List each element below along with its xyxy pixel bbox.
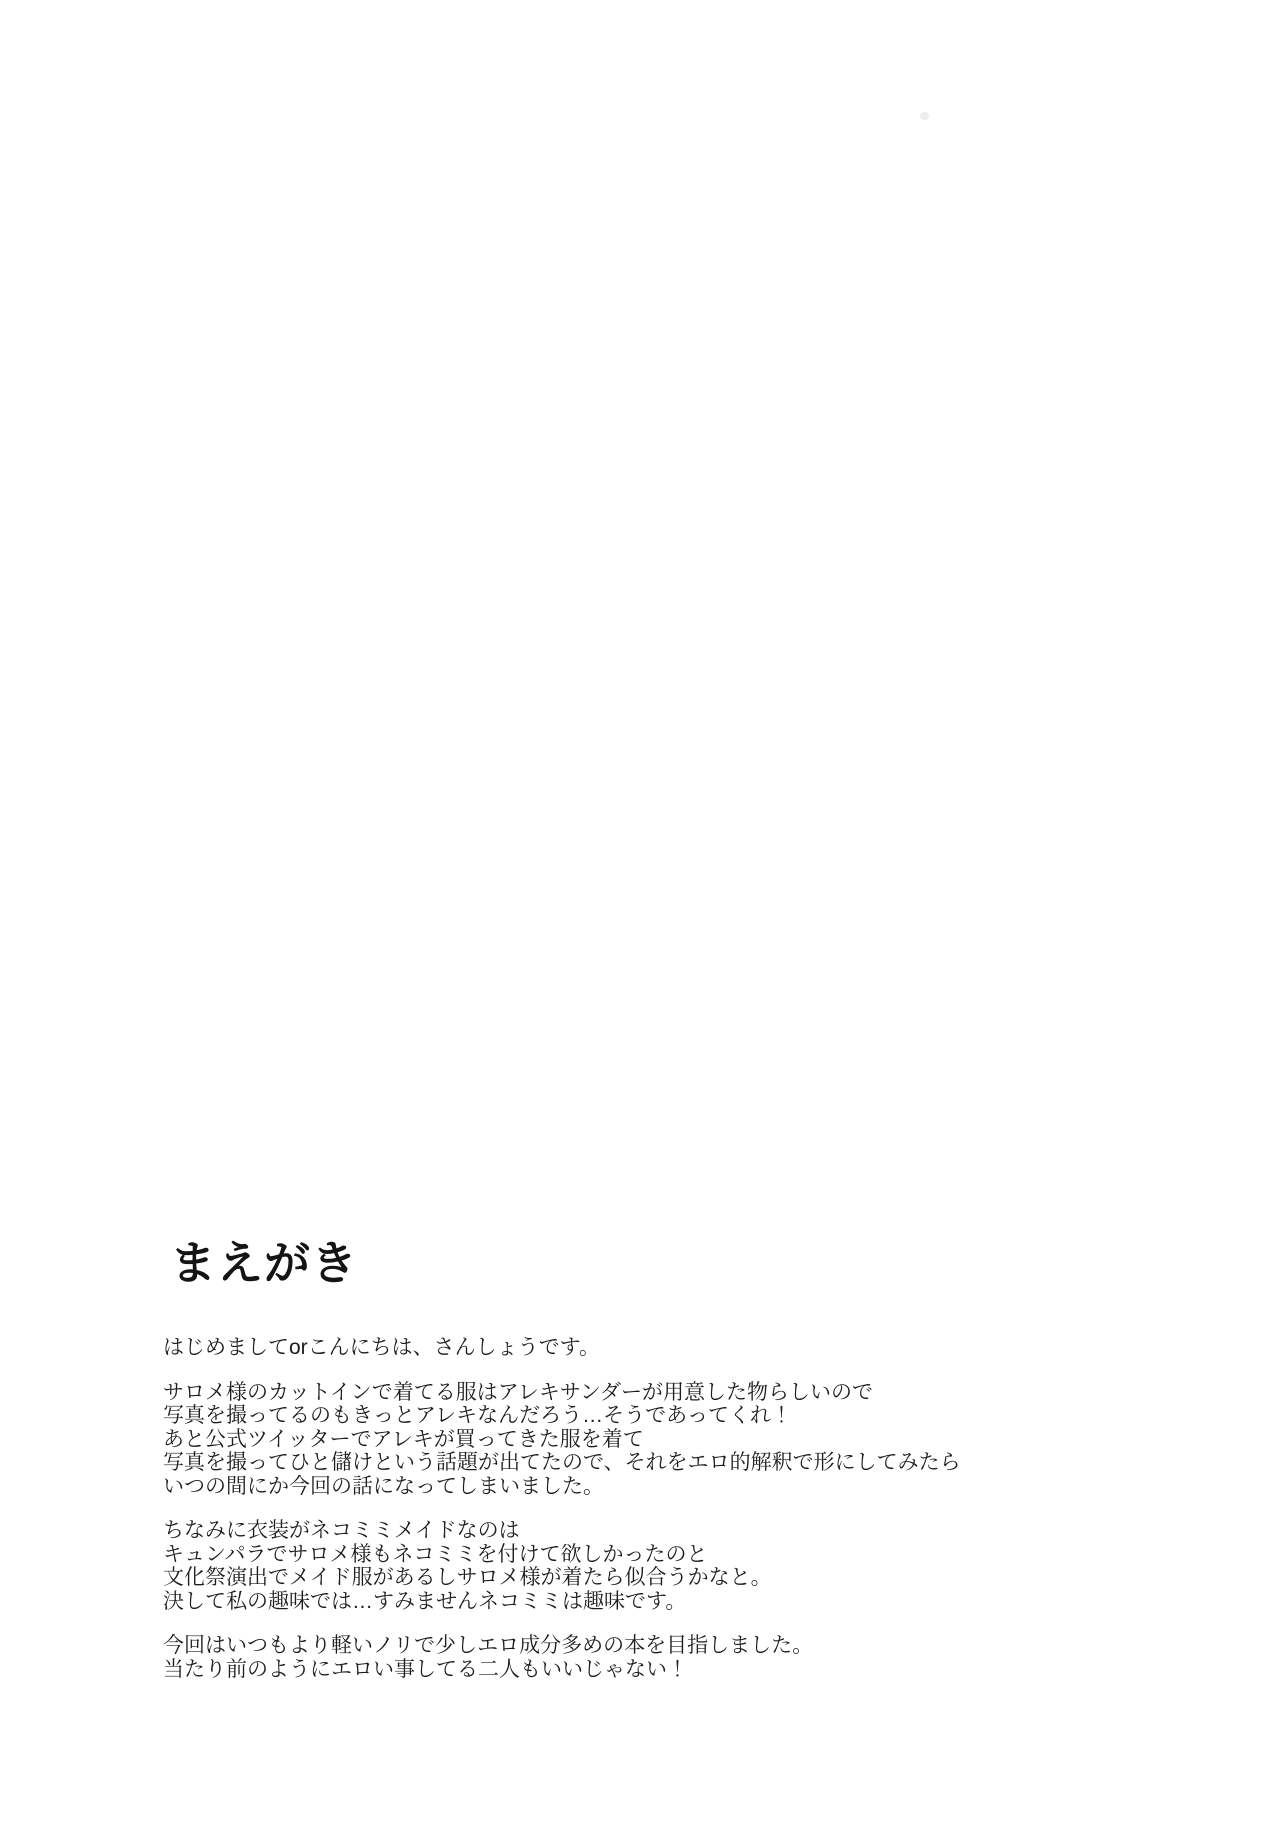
- text-line: ちなみに衣装がネコミミメイドなのは: [163, 1519, 1123, 1543]
- paragraph-story-origin: サロメ様のカットインで着てる服はアレキサンダーが用意した物らしいので 写真を撮っ…: [163, 1381, 1123, 1499]
- text-line: 写真を撮ってひと儲けという話題が出てたので、それをエロ的解釈で形にしてみたら: [163, 1451, 1123, 1475]
- text-line: 決して私の趣味では…すみませんネコミミは趣味です。: [163, 1590, 1123, 1614]
- text-line: はじめましてorこんにちは、さんしょうです。: [163, 1336, 1123, 1360]
- paragraph-greeting: はじめましてorこんにちは、さんしょうです。: [163, 1336, 1123, 1360]
- text-line: 当たり前のようにエロい事してる二人もいいじゃない！: [163, 1658, 1123, 1682]
- paragraph-costume-note: ちなみに衣装がネコミミメイドなのは キュンパラでサロメ様もネコミミを付けて欲しか…: [163, 1519, 1123, 1613]
- scanned-page: まえがき はじめましてorこんにちは、さんしょうです。 サロメ様のカットインで着…: [0, 0, 1280, 1826]
- text-line: 文化祭演出でメイド服があるしサロメ様が着たら似合うかなと。: [163, 1566, 1123, 1590]
- text-line: いつの間にか今回の話になってしまいました。: [163, 1475, 1123, 1499]
- page-title: まえがき: [170, 1238, 358, 1289]
- text-line: 今回はいつもより軽いノリで少しエロ成分多めの本を目指しました。: [163, 1634, 1123, 1658]
- text-line: 写真を撮ってるのもきっとアレキなんだろう…そうであってくれ！: [163, 1404, 1123, 1428]
- foreword-body: はじめましてorこんにちは、さんしょうです。 サロメ様のカットインで着てる服はア…: [163, 1336, 1123, 1702]
- text-line: サロメ様のカットインで着てる服はアレキサンダーが用意した物らしいので: [163, 1381, 1123, 1405]
- scan-speck: [920, 112, 929, 120]
- text-line: あと公式ツイッターでアレキが買ってきた服を着て: [163, 1428, 1123, 1452]
- paragraph-closing: 今回はいつもより軽いノリで少しエロ成分多めの本を目指しました。 当たり前のように…: [163, 1634, 1123, 1681]
- text-line: キュンパラでサロメ様もネコミミを付けて欲しかったのと: [163, 1543, 1123, 1567]
